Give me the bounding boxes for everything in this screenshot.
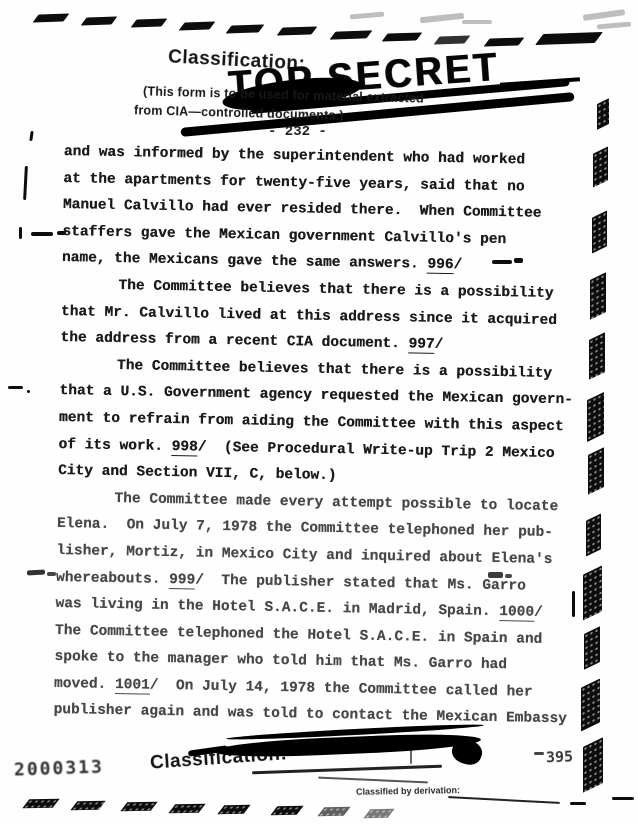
document-number: 2000313 — [14, 756, 105, 780]
scan-mark-bottom — [612, 797, 634, 800]
scan-mark-bottom — [317, 807, 350, 816]
scan-mark-top — [277, 26, 318, 35]
derivation-underline — [448, 796, 560, 804]
scan-mark-top — [81, 16, 118, 25]
scan-mark-bottom — [270, 806, 303, 815]
scan-mark-bottom — [22, 799, 59, 809]
page-number: - 232 - — [268, 124, 327, 140]
scan-mark-bottom — [70, 801, 105, 810]
scan-dot — [27, 390, 30, 393]
document-page: Classification: TOP SECRET (This form is… — [0, 0, 638, 824]
page-stamp-number: 395 — [546, 748, 574, 767]
scan-mark-bottom — [217, 805, 250, 814]
classification-underline — [252, 765, 442, 774]
scan-mark-top — [33, 13, 70, 22]
scan-mark-top — [226, 24, 265, 33]
scan-mark-top — [382, 32, 423, 41]
scan-tick — [23, 166, 28, 200]
scan-smudge — [47, 572, 56, 576]
scan-mark-top — [131, 18, 168, 27]
body-text: and was informed by the superintendent w… — [53, 144, 604, 739]
scan-mark-bottom — [570, 802, 586, 805]
scan-tick — [19, 227, 22, 239]
scan-mark-top — [434, 35, 471, 44]
scan-mark-right — [583, 737, 603, 793]
scan-smudge — [583, 9, 625, 21]
scan-dash — [534, 752, 544, 755]
scan-dash — [8, 386, 23, 389]
scan-mark-right — [597, 98, 609, 130]
derivation-label: Classified by derivation: — [356, 785, 460, 797]
scan-smudge — [350, 12, 384, 20]
scan-mark-bottom — [120, 802, 157, 812]
scan-smudge — [420, 13, 464, 24]
scan-smudge — [462, 20, 492, 24]
scan-mark-top — [535, 32, 603, 45]
stray-line — [318, 777, 428, 784]
scan-mark-bottom — [363, 809, 394, 818]
scan-mark-top — [179, 21, 216, 30]
scan-mark-top — [330, 30, 373, 39]
scan-mark-bottom — [168, 804, 205, 814]
scan-smudge — [27, 570, 45, 576]
scan-tick — [410, 750, 412, 764]
scan-dash — [31, 232, 53, 236]
scan-tick — [29, 131, 33, 141]
scan-smudge — [597, 22, 631, 30]
